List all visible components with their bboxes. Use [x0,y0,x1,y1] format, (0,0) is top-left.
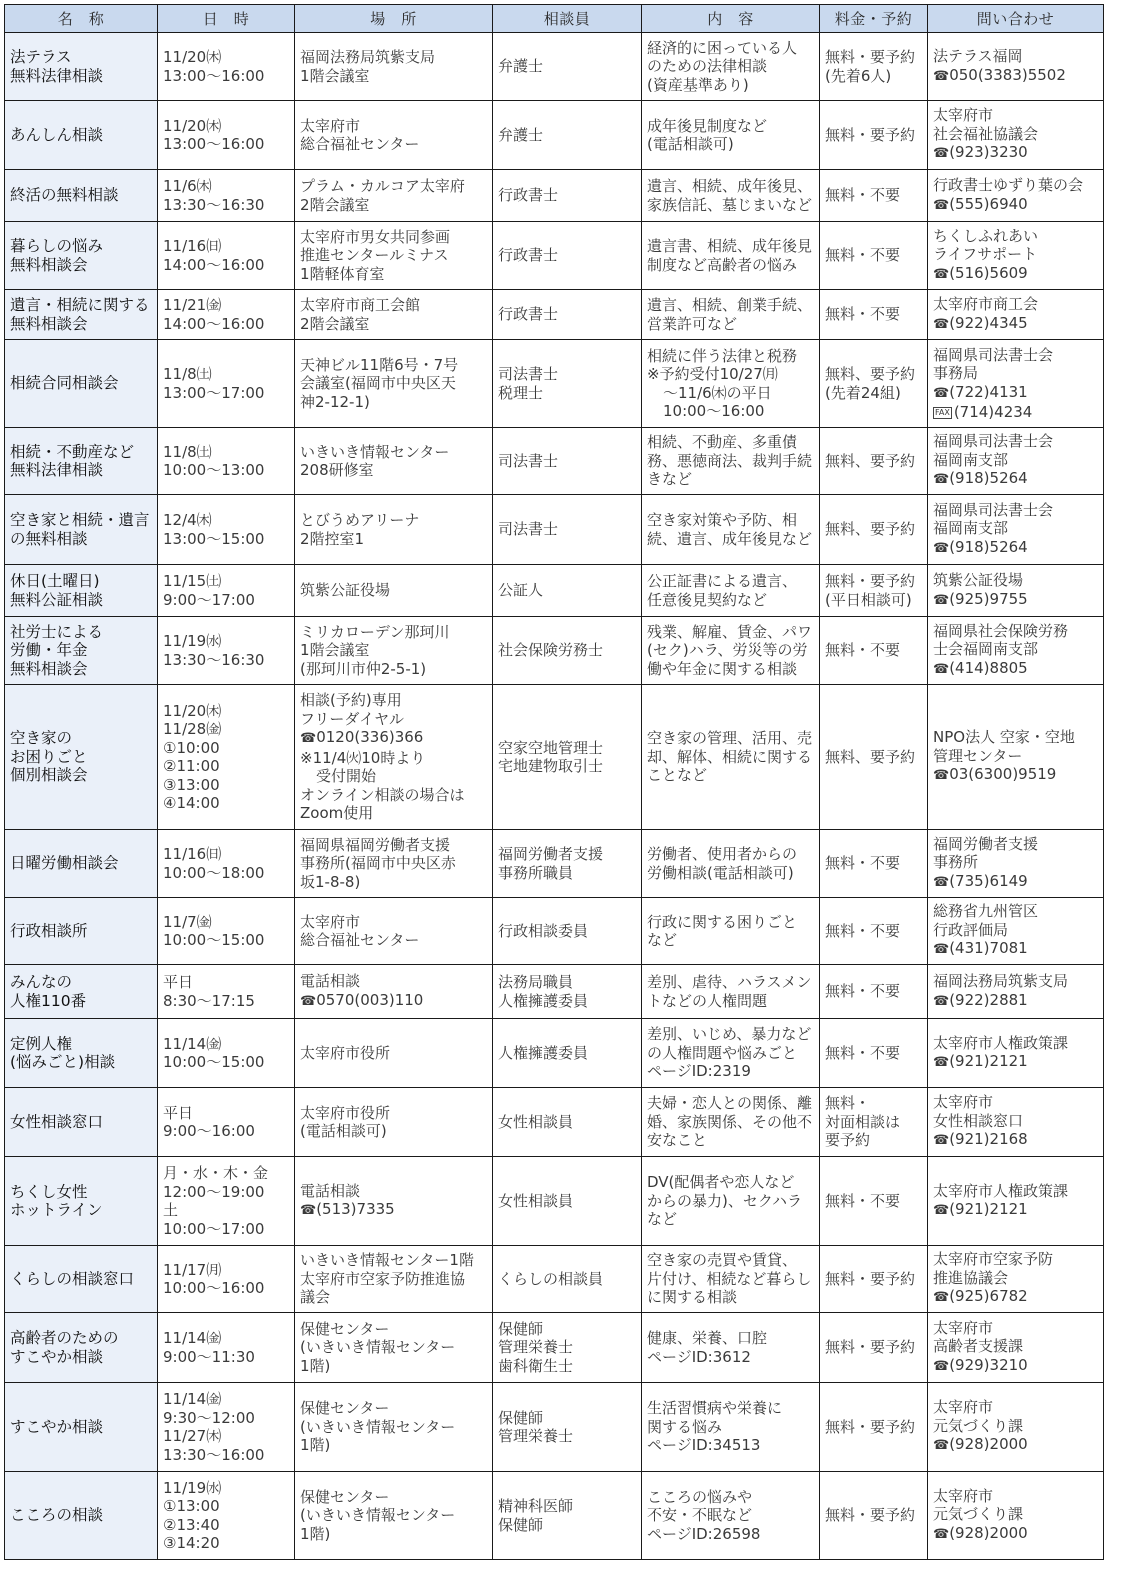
cell-line: ☎(925)6782 [933,1287,1098,1308]
cell-name: こころの相談 [5,1472,158,1560]
cell-line: 神2-12-1) [300,393,487,412]
cell-line: 社会保険労務士 [498,641,636,660]
cell-line: ☎(722)4131 [933,383,1098,404]
fax-icon: FAX [933,407,952,419]
cell-line: 電話相談 [300,972,487,991]
cell-line: 保健師 [498,1320,636,1339]
cell-datetime: 11/19㈬①13:00②13:40③14:20 [158,1472,295,1560]
table-header-row: 名 称 日 時 場 所 相談員 内 容 料金・予約 問い合わせ [5,5,1104,33]
cell-content: 遺言書、相続、成年後見制度など高齢者の悩み [642,222,820,290]
cell-line: 相続、不動産、多重債 [647,433,814,452]
cell-content: DV(配偶者や恋人などからの暴力)、セクハラなど [642,1157,820,1246]
cell-fee: 無料・要予約(先着6人) [820,33,928,101]
cell-line: 14:00〜16:00 [163,256,289,275]
cell-line: 空き家対策や予防、相 [647,511,814,530]
cell-line: 太宰府市 [933,1398,1098,1417]
cell-line: 行政評価局 [933,921,1098,940]
cell-line: (いきいき情報センター [300,1418,487,1437]
cell-contact: 福岡県司法書士会福岡南支部☎(918)5264 [928,495,1104,565]
cell-line: ☎(513)7335 [300,1200,487,1221]
phone-icon: ☎ [933,267,949,282]
cell-place: 太宰府市総合福祉センター [295,101,493,170]
cell-line: 事務局 [933,364,1098,383]
cell-line: 成年後見制度など [647,117,814,136]
cell-datetime: 11/14㈮10:00〜15:00 [158,1019,295,1088]
cell-line: 事務所(福岡市中央区赤 [300,854,487,873]
cell-line: 無料公証相談 [10,591,152,610]
cell-contact: 太宰府市空家予防推進協議会☎(925)6782 [928,1246,1104,1313]
cell-name: 相続・不動産など無料法律相談 [5,428,158,495]
cell-line: 社会福祉協議会 [933,125,1098,144]
cell-line: 11/16㈰ [163,237,289,256]
cell-place: 電話相談☎(513)7335 [295,1157,493,1246]
phone-icon: ☎ [300,731,316,746]
cell-fee: 無料・要予約 [820,1246,928,1313]
cell-name: 空き家のお困りごと個別相談会 [5,685,158,830]
cell-line: ※11/4㈫10時より [300,749,487,768]
cell-line: ☎(431)7081 [933,939,1098,960]
cell-line: 〜11/6㈭の平日 [647,384,814,403]
cell-contact: 法テラス福岡☎050(3383)5502 [928,33,1104,101]
cell-staff: 弁護士 [493,33,642,101]
cell-line: 1階) [300,1436,487,1455]
phone-icon: ☎ [933,662,949,677]
cell-place: 福岡県福岡労働者支援事務所(福岡市中央区赤坂1-8-8) [295,830,493,898]
cell-contact: 太宰府市人権政策課☎(921)2121 [928,1157,1104,1246]
cell-line: 行政書士 [498,186,636,205]
cell-line: 福岡県社会保険労務 [933,622,1098,641]
cell-place: 筑紫公証役場 [295,565,493,617]
cell-line: 保健師 [498,1516,636,1535]
cell-line: 行政書士 [498,305,636,324]
table-row: こころの相談11/19㈬①13:00②13:40③14:20保健センター(いきい… [5,1472,1104,1560]
cell-line: 終活の無料相談 [10,186,152,205]
cell-line: 11/27㈭ [163,1427,289,1446]
header-name: 名 称 [5,5,158,33]
cell-line: 福岡県司法書士会 [933,432,1098,451]
cell-line: 遺言、相続、成年後見、 [647,177,814,196]
cell-line: 人権擁護委員 [498,992,636,1011]
cell-line: 無料・不要 [825,641,922,660]
phone-icon: ☎ [933,472,949,487]
phone-icon: ☎ [300,994,316,1009]
cell-place: 保健センター(いきいき情報センター1階) [295,1383,493,1472]
cell-line: (先着24組) [825,384,922,403]
cell-line: 遺言・相続に関する [10,296,152,315]
cell-line: 女性相談窓口 [933,1112,1098,1131]
cell-line: 坂1-8-8) [300,873,487,892]
cell-line: 12/4㈭ [163,511,289,530]
cell-line: 11/16㈰ [163,845,289,864]
cell-line: ☎(923)3230 [933,143,1098,164]
cell-line: 無料相談会 [10,660,152,679]
cell-line: 無料・要予約 [825,572,922,591]
cell-name: 日曜労働相談会 [5,830,158,898]
cell-line: 10:00〜15:00 [163,1053,289,1072]
cell-line: 太宰府市空家予防 [933,1250,1098,1269]
cell-name: あんしん相談 [5,101,158,170]
table-row: 相続合同相談会11/8㈯13:00〜17:00天神ビル11階6号・7号会議室(福… [5,340,1104,428]
cell-line: 無料法律相談 [10,67,152,86]
cell-line: 総務省九州管区 [933,902,1098,921]
cell-line: 福岡南支部 [933,519,1098,538]
cell-line: 総合福祉センター [300,135,487,154]
cell-name: くらしの相談窓口 [5,1246,158,1313]
cell-name: 相続合同相談会 [5,340,158,428]
cell-staff: 社会保険労務士 [493,617,642,685]
cell-line: プラム・カルコア太宰府 [300,177,487,196]
cell-line: 保健センター [300,1320,487,1339]
cell-line: ちくしふれあい [933,227,1098,246]
cell-fee: 無料、要予約(先着24組) [820,340,928,428]
cell-datetime: 11/16㈰14:00〜16:00 [158,222,295,290]
cell-line: 不安・不眠など [647,1506,814,1525]
cell-name: 休日(土曜日)無料公証相談 [5,565,158,617]
cell-staff: 弁護士 [493,101,642,170]
cell-line: 経済的に困っている人 [647,39,814,58]
cell-contact: 福岡県司法書士会事務局☎(722)4131FAX(714)4234 [928,340,1104,428]
cell-line: ③13:00 [163,776,289,795]
cell-line: 13:30〜16:30 [163,196,289,215]
phone-icon: ☎ [933,1203,949,1218]
cell-content: 遺言、相続、創業手続、営業許可など [642,290,820,340]
cell-line: 13:00〜16:00 [163,67,289,86]
cell-line: ☎(922)2881 [933,991,1098,1012]
cell-place: 保健センター(いきいき情報センター1階) [295,1472,493,1560]
cell-line: すこやか相談 [10,1418,152,1437]
cell-staff: 司法書士 [493,495,642,565]
cell-fee: 無料、要予約 [820,495,928,565]
cell-line: (悩みごと)相談 [10,1053,152,1072]
cell-line: ☎(918)5264 [933,469,1098,490]
cell-name: すこやか相談 [5,1383,158,1472]
cell-datetime: 月・水・木・金12:00〜19:00土10:00〜17:00 [158,1157,295,1246]
cell-line: 無料・要予約 [825,1270,922,1289]
cell-content: 成年後見制度など(電話相談可) [642,101,820,170]
cell-line: (先着6人) [825,67,922,86]
cell-line: 健康、栄養、口腔 [647,1329,814,1348]
cell-line: 個別相談会 [10,766,152,785]
cell-line: こころの相談 [10,1506,152,1525]
cell-line: 太宰府市空家予防推進協 [300,1270,487,1289]
cell-line: 11/15㈯ [163,572,289,591]
cell-line: ☎(921)2121 [933,1052,1098,1073]
cell-line: 定例人権 [10,1035,152,1054]
cell-datetime: 11/6㈭13:30〜16:30 [158,170,295,222]
cell-line: 営業許可など [647,315,814,334]
table-row: 行政相談所11/7㈮10:00〜15:00太宰府市総合福祉センター行政相談委員行… [5,898,1104,965]
cell-datetime: 11/21㈮14:00〜16:00 [158,290,295,340]
cell-line: など [647,1210,814,1229]
cell-line: DV(配偶者や恋人など [647,1173,814,1192]
table-row: 社労士による労働・年金無料相談会11/19㈬13:30〜16:30ミリカローデン… [5,617,1104,685]
cell-name: 暮らしの悩み無料相談会 [5,222,158,290]
cell-datetime: 11/19㈬13:30〜16:30 [158,617,295,685]
cell-line: 11/14㈮ [163,1035,289,1054]
cell-line: 残業、解雇、賃金、パワ [647,623,814,642]
cell-line: 高齢者支援課 [933,1337,1098,1356]
cell-line: あんしん相談 [10,126,152,145]
phone-icon: ☎ [933,1055,949,1070]
cell-content: 相続に伴う法律と税務※予約受付10/27㈪〜11/6㈭の平日10:00〜16:0… [642,340,820,428]
cell-line: 遺言書、相続、成年後見 [647,237,814,256]
cell-line: ☎03(6300)9519 [933,765,1098,786]
cell-line: 日曜労働相談会 [10,854,152,873]
cell-line: 無料・ [825,1094,922,1113]
cell-staff: 司法書士税理士 [493,340,642,428]
table-row: 女性相談窓口平日9:00〜16:00太宰府市役所(電話相談可)女性相談員夫婦・恋… [5,1088,1104,1157]
cell-line: 1階会議室 [300,67,487,86]
cell-line: 会議室(福岡市中央区天 [300,374,487,393]
cell-line: 太宰府市役所 [300,1104,487,1123]
cell-datetime: 11/16㈰10:00〜18:00 [158,830,295,898]
cell-line: 11/7㈮ [163,913,289,932]
cell-fee: 無料・不要 [820,222,928,290]
cell-name: 空き家と相続・遺言の無料相談 [5,495,158,565]
cell-contact: 太宰府市社会福祉協議会☎(923)3230 [928,101,1104,170]
phone-icon: ☎ [933,386,949,401]
cell-line: 労働者、使用者からの [647,845,814,864]
cell-line: 無料、要予約 [825,365,922,384]
cell-line: 11/21㈮ [163,296,289,315]
cell-line: 家族信託、墓じまいなど [647,196,814,215]
cell-fee: 無料・要予約(平日相談可) [820,565,928,617]
cell-fee: 無料・不要 [820,290,928,340]
cell-line: の無料相談 [10,530,152,549]
cell-line: 無料・要予約 [825,48,922,67]
cell-line: 元気づくり課 [933,1417,1098,1436]
cell-staff: 空家空地管理士宅地建物取引士 [493,685,642,830]
cell-line: 保健センター [300,1399,487,1418]
cell-line: 太宰府市 [300,117,487,136]
cell-line: 管理栄養士 [498,1427,636,1446]
cell-staff: 公証人 [493,565,642,617]
phone-icon: ☎ [933,994,949,1009]
cell-line: ※予約受付10/27㈪ [647,365,814,384]
cell-place: いきいき情報センター208研修室 [295,428,493,495]
cell-line: 空家空地管理士 [498,739,636,758]
cell-line: 夫婦・恋人との関係、離 [647,1094,814,1113]
cell-line: 社労士による [10,623,152,642]
cell-line: 相談(予約)専用 [300,691,487,710]
cell-line: 空き家と相続・遺言 [10,511,152,530]
cell-line: 総合福祉センター [300,931,487,950]
cell-content: 夫婦・恋人との関係、離婚、家族関係、その他不安なこと [642,1088,820,1157]
header-datetime: 日 時 [158,5,295,33]
cell-line: 福岡南支部 [933,451,1098,470]
cell-line: 太宰府市男女共同参画 [300,228,487,247]
cell-content: 残業、解雇、賃金、パワ(セク)ハラ、労災等の労働や年金に関する相談 [642,617,820,685]
cell-line: (いきいき情報センター [300,1338,487,1357]
cell-line: 10:00〜15:00 [163,931,289,950]
cell-line: 暮らしの悩み [10,237,152,256]
cell-line: ④14:00 [163,794,289,813]
cell-line: ☎0570(003)110 [300,991,487,1012]
cell-line: 関する悩み [647,1418,814,1437]
cell-line: 無料、要予約 [825,520,922,539]
cell-staff: 司法書士 [493,428,642,495]
cell-line: 平日 [163,1104,289,1123]
cell-place: 電話相談☎0570(003)110 [295,965,493,1019]
cell-place: 太宰府市役所(電話相談可) [295,1088,493,1157]
phone-icon: ☎ [933,198,949,213]
cell-fee: 無料・要予約 [820,1313,928,1383]
table-row: 休日(土曜日)無料公証相談11/15㈯9:00〜17:00筑紫公証役場公証人公正… [5,565,1104,617]
cell-staff: 行政書士 [493,222,642,290]
cell-line: からの暴力)、セクハラ [647,1192,814,1211]
cell-content: 労働者、使用者からの労働相談(電話相談可) [642,830,820,898]
cell-line: 11/8㈯ [163,443,289,462]
cell-line: 太宰府市 [300,913,487,932]
cell-line: 2階会議室 [300,315,487,334]
cell-staff: くらしの相談員 [493,1246,642,1313]
cell-fee: 無料・不要 [820,830,928,898]
cell-line: 受付開始 [300,767,487,786]
header-contact: 問い合わせ [928,5,1104,33]
cell-fee: 無料・不要 [820,965,928,1019]
cell-line: 13:00〜17:00 [163,384,289,403]
cell-line: 1階) [300,1525,487,1544]
cell-line: (いきいき情報センター [300,1506,487,1525]
cell-line: 無料・要予約 [825,1338,922,1357]
cell-datetime: 11/7㈮10:00〜15:00 [158,898,295,965]
cell-line: 電話相談 [300,1182,487,1201]
cell-line: ページID:26598 [647,1525,814,1544]
cell-place: いきいき情報センター1階太宰府市空家予防推進協議会 [295,1246,493,1313]
cell-line: ☎(928)2000 [933,1435,1098,1456]
header-staff: 相談員 [493,5,642,33]
cell-content: こころの悩みや不安・不眠などページID:26598 [642,1472,820,1560]
cell-line: 福岡労働者支援 [933,835,1098,854]
cell-line: お困りごと [10,748,152,767]
cell-line: 無料・不要 [825,305,922,324]
cell-line: (電話相談可) [647,135,814,154]
cell-content: 公正証書による遺言、任意後見契約など [642,565,820,617]
cell-contact: 太宰府市人権政策課☎(921)2121 [928,1019,1104,1088]
cell-line: ページID:2319 [647,1062,814,1081]
phone-icon: ☎ [933,1133,949,1148]
cell-line: 女性相談員 [498,1192,636,1211]
cell-line: ☎(555)6940 [933,195,1098,216]
cell-line: 空き家の管理、活用、売 [647,729,814,748]
cell-line: 生活習慣病や栄養に [647,1399,814,1418]
cell-line: いきいき情報センター [300,443,487,462]
cell-line: 11/14㈮ [163,1390,289,1409]
cell-line: 福岡法務局筑紫支局 [300,48,487,67]
cell-name: みんなの人権110番 [5,965,158,1019]
cell-line: 士会福岡南支部 [933,640,1098,659]
cell-line: 太宰府市人権政策課 [933,1182,1098,1201]
cell-line: 議会 [300,1288,487,1307]
cell-line: 働や年金に関する相談 [647,660,814,679]
cell-contact: 総務省九州管区行政評価局☎(431)7081 [928,898,1104,965]
cell-line: 女性相談窓口 [10,1113,152,1132]
cell-content: 相続、不動産、多重債務、悪徳商法、裁判手続きなど [642,428,820,495]
cell-line: 任意後見契約など [647,591,814,610]
cell-place: 天神ビル11階6号・7号会議室(福岡市中央区天神2-12-1) [295,340,493,428]
cell-line: 事務所職員 [498,864,636,883]
cell-datetime: 11/17㈪10:00〜16:00 [158,1246,295,1313]
cell-line: ホットライン [10,1201,152,1220]
cell-datetime: 11/8㈯10:00〜13:00 [158,428,295,495]
table-row: みんなの人権110番平日8:30〜17:15電話相談☎0570(003)110法… [5,965,1104,1019]
cell-line: 公証人 [498,581,636,600]
cell-datetime: 11/14㈮9:00〜11:30 [158,1313,295,1383]
cell-line: 保健師 [498,1409,636,1428]
cell-line: 平日 [163,973,289,992]
cell-datetime: 11/20㈭13:00〜16:00 [158,33,295,101]
cell-line: 差別、いじめ、暴力など [647,1025,814,1044]
cell-place: とびうめアリーナ2階控室1 [295,495,493,565]
cell-line: ☎050(3383)5502 [933,66,1098,87]
cell-line: Zoom使用 [300,804,487,823]
cell-name: ちくし女性ホットライン [5,1157,158,1246]
cell-line: 相続合同相談会 [10,374,152,393]
cell-line: の人権問題や悩みごと [647,1044,814,1063]
cell-name: 女性相談窓口 [5,1088,158,1157]
cell-line: ③14:20 [163,1534,289,1553]
cell-line: 土 [163,1201,289,1220]
table-row: ちくし女性ホットライン月・水・木・金12:00〜19:00土10:00〜17:0… [5,1157,1104,1246]
cell-line: 労働相談(電話相談可) [647,864,814,883]
cell-contact: ちくしふれあいライフサポート☎(516)5609 [928,222,1104,290]
cell-content: 行政に関する困りごとなど [642,898,820,965]
cell-staff: 人権擁護委員 [493,1019,642,1088]
cell-line: 法テラス福岡 [933,47,1098,66]
cell-line: 福岡労働者支援 [498,845,636,864]
cell-line: 続、遺言、成年後見など [647,530,814,549]
cell-line: 差別、虐待、ハラスメン [647,973,814,992]
cell-fee: 無料・不要 [820,1157,928,1246]
cell-line: ②13:40 [163,1516,289,1535]
cell-contact: 太宰府市高齢者支援課☎(929)3210 [928,1313,1104,1383]
table-row: 空き家と相続・遺言の無料相談12/4㈭13:00〜15:00とびうめアリーナ2階… [5,495,1104,565]
cell-line: 12:00〜19:00 [163,1183,289,1202]
cell-line: 天神ビル11階6号・7号 [300,356,487,375]
cell-line: 公正証書による遺言、 [647,572,814,591]
cell-line: 相続・不動産など [10,443,152,462]
cell-line: 11/8㈯ [163,365,289,384]
cell-content: 経済的に困っている人のための法律相談(資産基準あり) [642,33,820,101]
table-row: 暮らしの悩み無料相談会11/16㈰14:00〜16:00太宰府市男女共同参画推進… [5,222,1104,290]
cell-fee: 無料、要予約 [820,428,928,495]
cell-line: 労働・年金 [10,641,152,660]
cell-line: ②11:00 [163,757,289,776]
cell-line: 筑紫公証役場 [300,581,487,600]
cell-line: ①13:00 [163,1497,289,1516]
cell-line: (電話相談可) [300,1122,487,1141]
phone-icon: ☎ [933,69,949,84]
cell-line: ページID:34513 [647,1436,814,1455]
cell-line: 税理士 [498,384,636,403]
cell-line: 福岡法務局筑紫支局 [933,972,1098,991]
cell-line: ①10:00 [163,739,289,758]
cell-line: 1階会議室 [300,641,487,660]
cell-line: オンライン相談の場合は [300,786,487,805]
cell-line: 遺言、相続、創業手続、 [647,296,814,315]
cell-line: 相続に伴う法律と税務 [647,347,814,366]
cell-datetime: 平日9:00〜16:00 [158,1088,295,1157]
cell-line: 無料・不要 [825,1192,922,1211]
cell-staff: 保健師管理栄養士 [493,1383,642,1472]
cell-line: 歯科衛生士 [498,1357,636,1376]
cell-place: 太宰府市総合福祉センター [295,898,493,965]
cell-staff: 女性相談員 [493,1088,642,1157]
cell-line: 空き家の [10,729,152,748]
cell-line: ☎(921)2121 [933,1200,1098,1221]
cell-line: 福岡県司法書士会 [933,346,1098,365]
cell-line: 13:30〜16:00 [163,1446,289,1465]
